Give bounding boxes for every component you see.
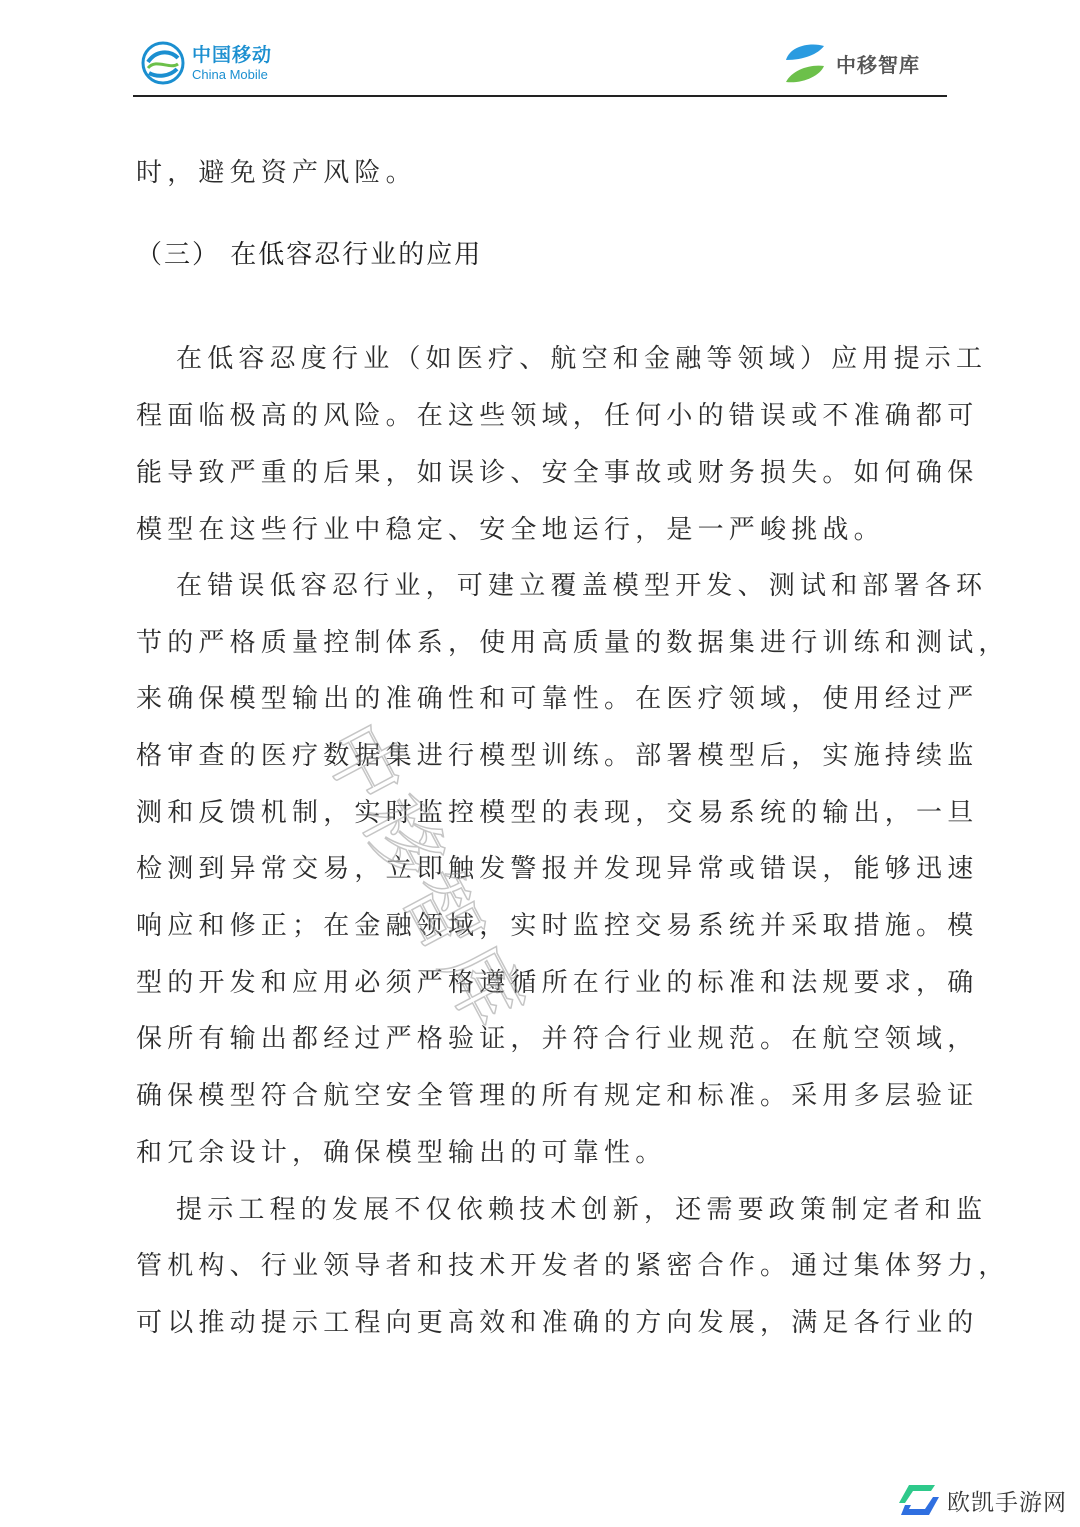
china-mobile-cn-name: 中国移动	[192, 46, 272, 65]
paragraph-line: 能导致严重的后果，如误诊、安全事故或财务损失。如何确保	[136, 452, 978, 489]
china-mobile-en-name: China Mobile	[192, 68, 272, 81]
paragraph-line: 检测到异常交易，立即触发警报并发现异常或错误，能够迅速	[136, 848, 978, 885]
paragraph-line: 在错误低容忍行业，可建立覆盖模型开发、测试和部署各环	[176, 565, 987, 602]
footer-site-logo: 欧凯手游网	[895, 1483, 1067, 1517]
section-heading: （三） 在低容忍行业的应用	[136, 234, 482, 271]
paragraph-line: 程面临极高的风险。在这些领域，任何小的错误或不准确都可	[136, 395, 978, 432]
paragraph-line: 和冗余设计，确保模型输出的可靠性。	[136, 1132, 666, 1169]
paragraph-line: 提示工程的发展不仅依赖技术创新，还需要政策制定者和监	[176, 1189, 987, 1226]
paragraph-line: 确保模型符合航空安全管理的所有规定和标准。采用多层验证	[136, 1075, 978, 1112]
paragraph-line: 型的开发和应用必须严格遵循所在行业的标准和法规要求，确	[136, 962, 978, 999]
header-rule	[133, 95, 947, 97]
china-mobile-logo: 中国移动 China Mobile	[140, 40, 272, 86]
paragraph-line: 格审查的医疗数据集进行模型训练。部署模型后，实施持续监	[136, 735, 978, 772]
site-logo-icon	[895, 1483, 941, 1517]
paragraph-line: 模型在这些行业中稳定、安全地运行，是一严峻挑战。	[136, 509, 885, 546]
paragraph-line: 管机构、行业领导者和技术开发者的紧密合作。通过集体努力，	[136, 1245, 1010, 1282]
paragraph-line: 测和反馈机制，实时监控模型的表现，交易系统的输出，一旦	[136, 792, 978, 829]
page-header: 中国移动 China Mobile 中移智库	[0, 0, 1080, 100]
paragraph-line: 来确保模型输出的准确性和可靠性。在医疗领域，使用经过严	[136, 678, 978, 715]
china-mobile-swirl-icon	[140, 40, 186, 86]
zhongyi-think-tank-logo: 中移智库	[780, 38, 920, 88]
paragraph-line: 响应和修正；在金融领域，实时监控交易系统并采取措施。模	[136, 905, 978, 942]
paragraph-line: 在低容忍度行业（如医疗、航空和金融等领域）应用提示工	[176, 338, 987, 375]
paragraph-line: 保所有输出都经过严格验证，并符合行业规范。在航空领域，	[136, 1018, 978, 1055]
paragraph-line: 节的严格质量控制体系，使用高质量的数据集进行训练和测试，	[136, 622, 1010, 659]
paragraph-line: 可以推动提示工程向更高效和准确的方向发展，满足各行业的	[136, 1302, 978, 1339]
paragraph-line: 时，避免资产风险。	[136, 152, 417, 189]
site-name: 欧凯手游网	[947, 1484, 1067, 1517]
zhongyi-name: 中移智库	[836, 49, 920, 78]
zhongyi-leaf-icon	[780, 38, 830, 88]
